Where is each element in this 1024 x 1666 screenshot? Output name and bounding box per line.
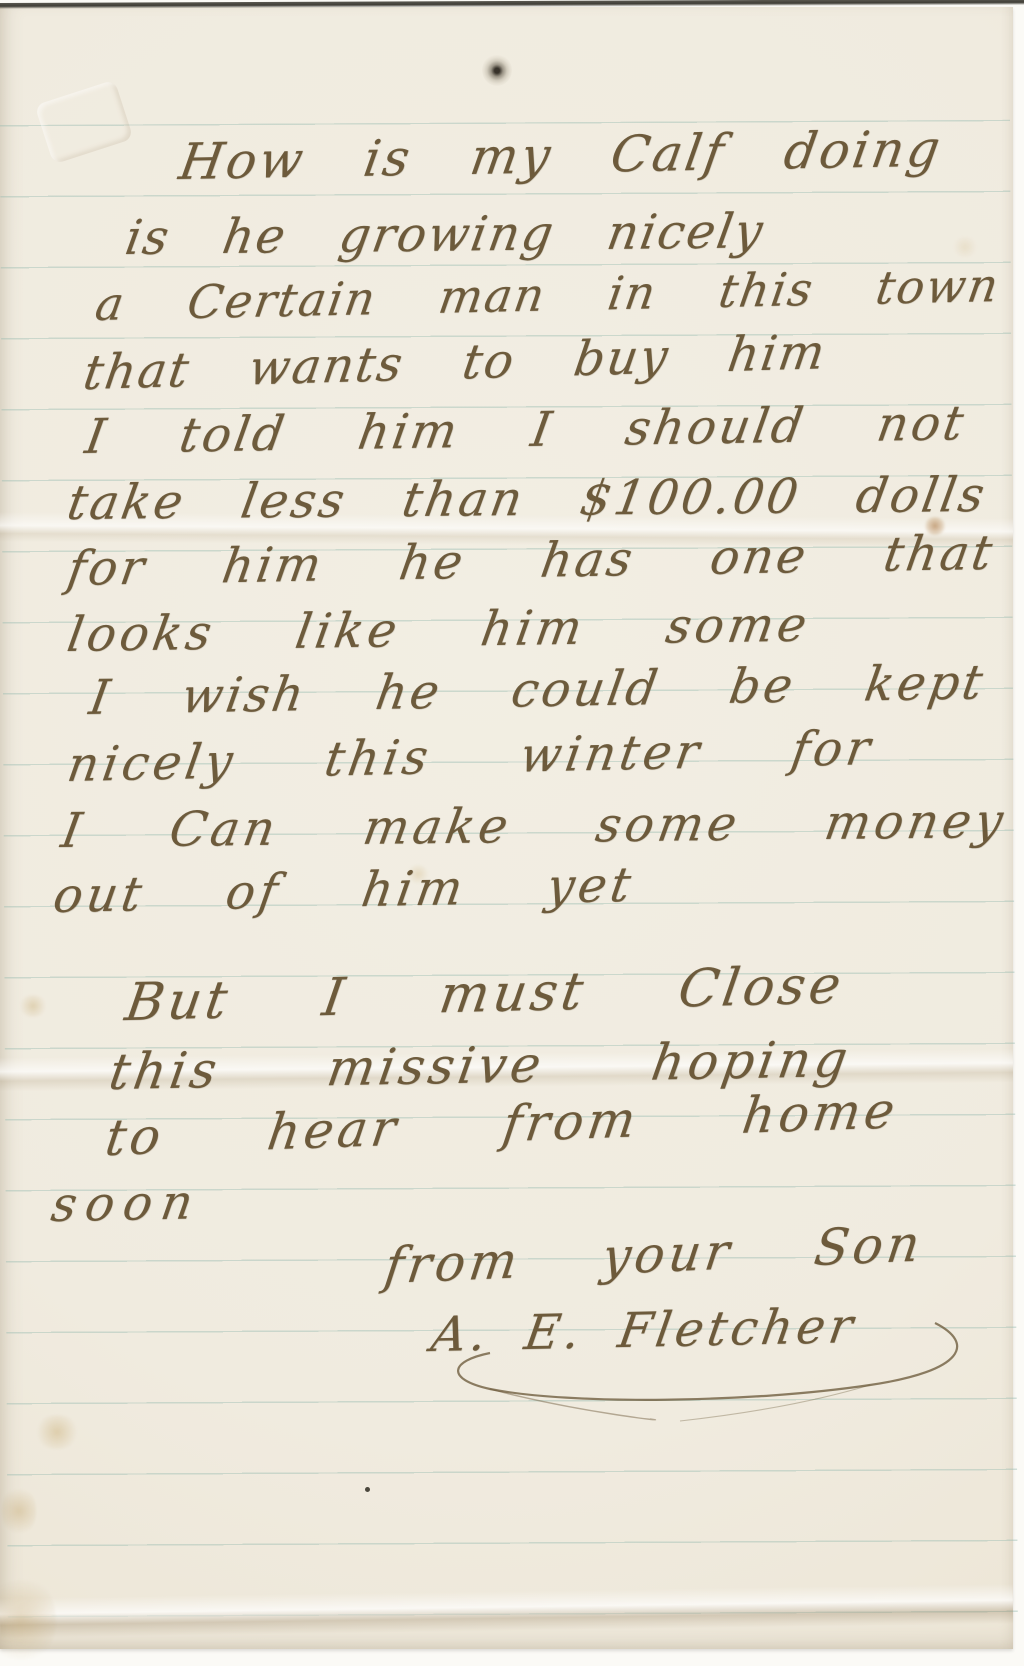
handwritten-line: out of him yet (50, 857, 639, 924)
letter-scan-page: { "letter": { "body_lines": [ "How is my… (0, 0, 1024, 1666)
ink-blot (482, 54, 512, 86)
paper-sheet: How is my Calf doingis he growing nicely… (0, 7, 1013, 1649)
handwritten-line: soon (48, 1174, 206, 1233)
handwritten-line: is he growing nicely (121, 203, 768, 266)
signature-flourish (350, 1285, 990, 1455)
handwritten-line: I Can make some money (57, 793, 1010, 859)
handwritten-line: looks like him some (63, 597, 814, 663)
handwritten-line: take less than $100.00 dolls (63, 467, 991, 531)
